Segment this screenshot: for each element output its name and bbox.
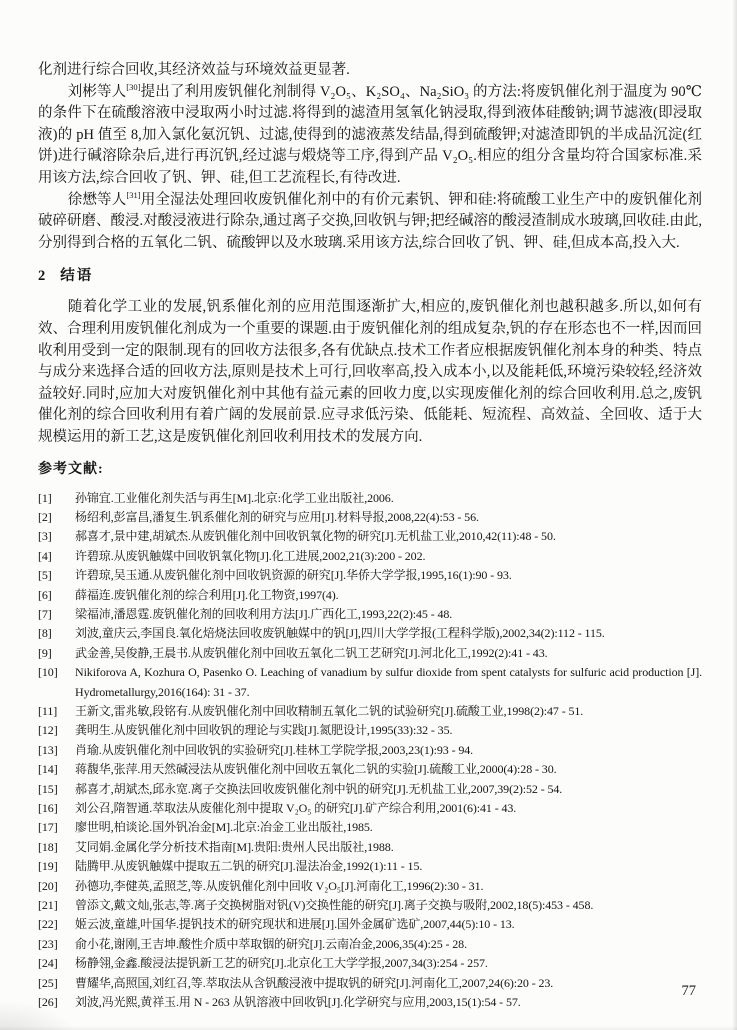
reference-number: [14] <box>38 760 75 779</box>
reference-text: 梁福沛,潘恩霆.废钒催化剂的回收利用方法[J].广西化工,1993,22(2):… <box>75 607 452 621</box>
reference-text: 蒋馥华,张萍.用天然碱浸法从废钒催化剂中回收五氧化二钒的实验[J].硫酸工业,2… <box>75 762 557 776</box>
reference-text: 姬云波,童雄,叶国华.提钒技术的研究现状和进展[J].国外金属矿选矿,2007,… <box>75 917 515 931</box>
paragraph-text: 刘彬等人 <box>68 84 127 100</box>
reference-text: 武金善,吴俊静,王晨书.从废钒催化剂中回收五氧化二钒工艺研究[J].河北化工,1… <box>75 646 548 660</box>
reference-number: [9] <box>38 644 75 663</box>
reference-text: 薛福连.废钒催化剂的综合利用[J].化工物资,1997(4). <box>75 588 339 602</box>
document-page: 化剂进行综合回收,其经济效益与环境效益更显著. 刘彬等人[30]提出了利用废钒催… <box>0 0 737 1030</box>
reference-item: [17]廖世明,柏谈论.国外钒冶金[M].北京:冶金工业出版社,1985. <box>38 818 702 837</box>
references-list: [1]孙锦宜.工业催化剂失活与再生[M].北京:化学工业出版社,2006. [2… <box>38 489 702 1013</box>
reference-number: [8] <box>38 624 75 643</box>
reference-number: [25] <box>38 974 75 993</box>
reference-number: [16] <box>38 799 75 818</box>
reference-item: [3]郝喜才,景中建,胡斌杰.从废钒催化剂中回收钒氧化物的研究[J].无机盐工业… <box>38 527 702 546</box>
reference-text: 肖瑜.从废钒催化剂中回收钒的实验研究[J].桂林工学院学报,2003,23(1)… <box>75 743 473 757</box>
page-content: 化剂进行综合回收,其经济效益与环境效益更显著. 刘彬等人[30]提出了利用废钒催… <box>38 60 702 1012</box>
reference-item: [9]武金善,吴俊静,王晨书.从废钒催化剂中回收五氧化二钒工艺研究[J].河北化… <box>38 644 702 663</box>
reference-number: [21] <box>38 896 75 915</box>
citation-superscript-30: [30] <box>126 82 140 92</box>
reference-text: 孙锦宜.工业催化剂失活与再生[M].北京:化学工业出版社,2006. <box>75 491 394 505</box>
reference-text: 郝喜才,景中建,胡斌杰.从废钒催化剂中回收钒氧化物的研究[J].无机盐工业,20… <box>75 529 556 543</box>
reference-item: [1]孙锦宜.工业催化剂失活与再生[M].北京:化学工业出版社,2006. <box>38 489 702 508</box>
reference-item: [5]许碧琼,吴玉通.从废钒催化剂中回收钒资源的研究[J].华侨大学学报,199… <box>38 566 702 585</box>
reference-number: [17] <box>38 818 75 837</box>
paragraph-text: 徐懋等人 <box>68 192 127 208</box>
reference-item: [11]王新文,雷兆敏,段铭有.从废钒催化剂中回收精制五氧化二钒的试验研究[J]… <box>38 702 702 721</box>
section-number: 2 <box>38 268 45 284</box>
paragraph-conclusion: 随着化学工业的发展,钒系催化剂的应用范围逐渐扩大,相应的,废钒催化剂也越积越多.… <box>38 297 702 448</box>
reference-item: [14]蒋馥华,张萍.用天然碱浸法从废钒催化剂中回收五氧化二钒的实验[J].硫酸… <box>38 760 702 779</box>
reference-text: 刘公召,隋智通.萃取法从废催化剂中提取 V₂O₅ 的研究[J].矿产综合利用,2… <box>75 801 516 815</box>
reference-item: [21]曾添文,戴文灿,张志,等.离子交换树脂对钒(V)交换性能的研究[J].离… <box>38 896 702 915</box>
reference-number: [24] <box>38 954 75 973</box>
reference-text: 许碧琼,吴玉通.从废钒催化剂中回收钒资源的研究[J].华侨大学学报,1995,1… <box>75 568 512 582</box>
reference-text: 刘波,冯光熙,黄祥玉.用 N - 263 从钒溶液中回收钒[J].化学研究与应用… <box>75 995 521 1009</box>
reference-item: [10]Nikiforova A, Kozhura O, Pasenko O. … <box>38 663 702 702</box>
reference-item: [26]刘波,冯光熙,黄祥玉.用 N - 263 从钒溶液中回收钒[J].化学研… <box>38 993 702 1012</box>
reference-text: 曹耀华,高照国,刘红召,等.萃取法从含钒酸浸液中提取钒的研究[J].河南化工,2… <box>75 976 553 990</box>
reference-item: [2]杨绍利,彭富昌,潘复生.钒系催化剂的研究与应用[J].材料导报,2008,… <box>38 508 702 527</box>
reference-number: [1] <box>38 489 75 508</box>
reference-number: [12] <box>38 721 75 740</box>
reference-item: [6]薛福连.废钒催化剂的综合利用[J].化工物资,1997(4). <box>38 586 702 605</box>
reference-item: [12]龚明生.从废钒催化剂中回收钒的理论与实践[J].氮肥设计,1995(33… <box>38 721 702 740</box>
reference-item: [23]俞小花,谢刚,王吉坤.酸性介质中萃取铟的研究[J].云南冶金,2006,… <box>38 935 702 954</box>
paragraph-continuation: 化剂进行综合回收,其经济效益与环境效益更显著. <box>38 60 702 82</box>
reference-text: 王新文,雷兆敏,段铭有.从废钒催化剂中回收精制五氧化二钒的试验研究[J].硫酸工… <box>75 704 583 718</box>
reference-text: Nikiforova A, Kozhura O, Pasenko O. Leac… <box>75 665 702 698</box>
reference-number: [26] <box>38 993 75 1012</box>
reference-text: 刘波,童庆云,李国良.氧化焙烧法回收废钒触媒中的钒[J],四川大学学报(工程科学… <box>75 626 605 640</box>
reference-number: [11] <box>38 702 75 721</box>
reference-number: [7] <box>38 605 75 624</box>
reference-item: [4]许碧琼.从废钒触媒中回收钒氧化物[J].化工进展,2002,21(3):2… <box>38 547 702 566</box>
paragraph-liu-bin-method: 刘彬等人[30]提出了利用废钒催化剂制得 V₂O₅、K₂SO₄、Na₂SiO₃ … <box>38 82 702 190</box>
reference-text: 陆腾甲.从废钒触媒中提取五二钒的研究[J].湿法冶金,1992(1):11 - … <box>75 859 422 873</box>
reference-number: [19] <box>38 857 75 876</box>
reference-item: [15]郝喜才,胡斌杰,邱永宽.离子交换法回收废钒催化剂中钒的研究[J].无机盐… <box>38 780 702 799</box>
reference-number: [4] <box>38 547 75 566</box>
reference-number: [3] <box>38 527 75 546</box>
paragraph-text: 提出了利用废钒催化剂制得 V₂O₅、K₂SO₄、Na₂SiO₃ 的方法:将废钒催… <box>38 84 702 186</box>
reference-number: [15] <box>38 780 75 799</box>
reference-number: [20] <box>38 877 75 896</box>
reference-item: [8]刘波,童庆云,李国良.氧化焙烧法回收废钒触媒中的钒[J],四川大学学报(工… <box>38 624 702 643</box>
reference-text: 郝喜才,胡斌杰,邱永宽.离子交换法回收废钒催化剂中钒的研究[J].无机盐工业,2… <box>75 782 562 796</box>
citation-superscript-31: [31] <box>126 190 140 200</box>
reference-text: 杨静翎,金鑫.酸浸法提钒新工艺的研究[J].北京化工大学学报,2007,34(3… <box>75 956 488 970</box>
reference-item: [19]陆腾甲.从废钒触媒中提取五二钒的研究[J].湿法冶金,1992(1):1… <box>38 857 702 876</box>
reference-item: [20]孙德功,李健英,孟照芝,等.从废钒催化剂中回收 V₂O₅[J].河南化工… <box>38 877 702 896</box>
reference-item: [24]杨静翎,金鑫.酸浸法提钒新工艺的研究[J].北京化工大学学报,2007,… <box>38 954 702 973</box>
reference-item: [16]刘公召,隋智通.萃取法从废催化剂中提取 V₂O₅ 的研究[J].矿产综合… <box>38 799 702 818</box>
reference-item: [13]肖瑜.从废钒催化剂中回收钒的实验研究[J].桂林工学院学报,2003,2… <box>38 741 702 760</box>
reference-number: [5] <box>38 566 75 585</box>
reference-number: [22] <box>38 915 75 934</box>
reference-number: [6] <box>38 586 75 605</box>
page-number: 77 <box>682 983 697 1000</box>
paragraph-xu-mao-method: 徐懋等人[31]用全湿法处理回收废钒催化剂中的有价元素钒、钾和硅:将硫酸工业生产… <box>38 190 702 255</box>
reference-number: [23] <box>38 935 75 954</box>
reference-number: [2] <box>38 508 75 527</box>
reference-text: 俞小花,谢刚,王吉坤.酸性介质中萃取铟的研究[J].云南冶金,2006,35(4… <box>75 937 467 951</box>
reference-text: 艾同娟.金属化学分析技术指南[M].贵阳:贵州人民出版社,1988. <box>75 840 394 854</box>
reference-number: [10] <box>38 663 75 682</box>
reference-item: [18]艾同娟.金属化学分析技术指南[M].贵阳:贵州人民出版社,1988. <box>38 838 702 857</box>
reference-text: 廖世明,柏谈论.国外钒冶金[M].北京:冶金工业出版社,1985. <box>75 820 373 834</box>
reference-text: 曾添文,戴文灿,张志,等.离子交换树脂对钒(V)交换性能的研究[J].离子交换与… <box>75 898 593 912</box>
reference-text: 许碧琼.从废钒触媒中回收钒氧化物[J].化工进展,2002,21(3):200 … <box>75 549 425 563</box>
reference-number: [13] <box>38 741 75 760</box>
references-heading: 参考文献: <box>38 460 702 480</box>
section-title: 结语 <box>60 268 93 284</box>
reference-text: 龚明生.从废钒催化剂中回收钒的理论与实践[J].氮肥设计,1995(33):32… <box>75 723 452 737</box>
reference-item: [7]梁福沛,潘恩霆.废钒催化剂的回收利用方法[J].广西化工,1993,22(… <box>38 605 702 624</box>
reference-item: [22]姬云波,童雄,叶国华.提钒技术的研究现状和进展[J].国外金属矿选矿,2… <box>38 915 702 934</box>
reference-number: [18] <box>38 838 75 857</box>
reference-text: 杨绍利,彭富昌,潘复生.钒系催化剂的研究与应用[J].材料导报,2008,22(… <box>75 510 479 524</box>
reference-text: 孙德功,李健英,孟照芝,等.从废钒催化剂中回收 V₂O₅[J].河南化工,199… <box>75 879 483 893</box>
reference-item: [25]曹耀华,高照国,刘红召,等.萃取法从含钒酸浸液中提取钒的研究[J].河南… <box>38 974 702 993</box>
section-heading-conclusion: 2结语 <box>38 266 702 287</box>
paragraph-text: 用全湿法处理回收废钒催化剂中的有价元素钒、钾和硅:将硫酸工业生产中的废钒催化剂破… <box>38 192 702 251</box>
